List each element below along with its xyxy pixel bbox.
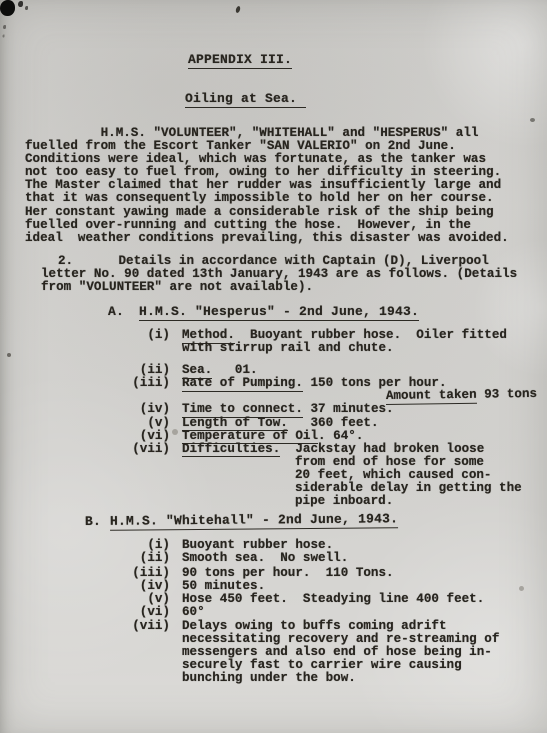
scanned-document-page: APPENDIX III. Oiling at Sea. H.M.S. "VOL… [0, 0, 547, 733]
amount-taken-label: Amount taken [386, 388, 477, 405]
item-number: (vi) [98, 606, 170, 619]
item-value-line: bunching under the bow. [182, 672, 499, 685]
item-label: Rate of Pumping. [182, 376, 303, 392]
item-value-line: pipe inboard. [295, 495, 522, 508]
item-value-line: from end of hose for some [295, 456, 522, 469]
item-value: Jackstay had broken loose [280, 442, 484, 456]
item-value: . 64°. [318, 429, 363, 443]
item-number: (ii) [98, 552, 170, 565]
item-row: (vi) 60° [98, 606, 499, 619]
section-a-letter: A. [108, 305, 124, 321]
item-content: Rate of Pumping. 150 tons per hour. Amou… [182, 377, 537, 403]
amount-taken-line: Amount taken 93 tons [386, 388, 537, 403]
item-row: (ii) Smooth sea. No swell. [98, 552, 499, 565]
item-content: Method. Buoyant rubber hose. Oiler fitte… [182, 329, 507, 355]
section-a-heading: A. H.M.S. "Hesperus" - 2nd June, 1943. [108, 305, 419, 321]
item-value-line: securely fast to carrier wire causing [182, 659, 499, 672]
item-value: Buoyant rubber hose. Oiler fitted [235, 328, 507, 342]
paragraph-line: Her constant yawing made a considerable … [25, 206, 537, 219]
item-value-line: Delays owing to buffs coming adrift [182, 620, 499, 633]
paragraph-line: from "VOLUNTEER" are not available). [41, 281, 541, 294]
item-value-line: messengers and also end of hose being in… [182, 646, 499, 659]
hole-punch-mark [0, 0, 15, 16]
item-content: Delays owing to buffs coming adrift nece… [182, 620, 499, 685]
item-number: (v) [98, 417, 170, 430]
paragraph-line: letter No. 90 dated 13th January, 1943 a… [41, 268, 541, 281]
item-row-delays: (vii) Delays owing to buffs coming adrif… [98, 620, 499, 685]
section-b-letter: B. [85, 515, 101, 531]
item-value: 01. [212, 363, 257, 377]
amount-taken-value: 93 tons [476, 387, 537, 402]
ink-speck [530, 118, 535, 122]
appendix-heading: APPENDIX III. [188, 50, 292, 69]
ink-speck [235, 6, 241, 14]
item-content: Hose 450 feet. Steadying line 400 feet. [182, 593, 484, 606]
item-content: 60° [182, 606, 205, 619]
subject-heading: Oiling at Sea. [185, 89, 306, 108]
item-row-difficulties: (vii) Difficulties. Jackstay had broken … [98, 443, 537, 508]
item-content: Smooth sea. No swell. [182, 552, 348, 565]
section-a-items: (i) Method. Buoyant rubber hose. Oiler f… [98, 329, 537, 508]
item-value: 37 minutes. [303, 402, 394, 416]
item-row-rate-of-pumping: (iii) Rate of Pumping. 150 tons per hour… [98, 377, 537, 403]
item-number: (vii) [98, 443, 170, 508]
item-number: (i) [98, 329, 170, 355]
item-value-line: necessitating recovery and re-streaming … [182, 633, 499, 646]
paragraph-1: H.M.S. "VOLUNTEER", "WHITEHALL" and "HES… [25, 127, 537, 245]
item-number: (iv) [98, 403, 170, 416]
paragraph-2: 2. Details in accordance with Captain (D… [41, 255, 541, 293]
item-number: (iii) [98, 377, 170, 403]
item-number: (vii) [98, 620, 170, 685]
item-value-line: with stirrup rail and chute. [182, 342, 507, 355]
item-label: Difficulties. [182, 442, 280, 458]
paragraph-line: fuelled over-running and cutting the hos… [25, 219, 537, 232]
section-b-title: H.M.S. "Whitehall" - 2nd June, 1943. [110, 512, 398, 530]
item-value: Smooth sea. No swell. [182, 552, 348, 565]
item-value: 60° [182, 606, 205, 619]
section-b-heading: B. H.M.S. "Whitehall" - 2nd June, 1943. [85, 512, 398, 530]
paragraph-line: 2. Details in accordance with Captain (D… [58, 255, 541, 268]
item-number: (vi) [98, 430, 170, 443]
item-row-method: (i) Method. Buoyant rubber hose. Oiler f… [98, 329, 537, 355]
item-value: Hose 450 feet. Steadying line 400 feet. [182, 593, 484, 606]
paragraph-line: that it was consequently impossible to h… [25, 192, 537, 205]
section-b-items: (i) Buoyant rubber hose. (ii) Smooth sea… [98, 539, 499, 685]
section-a-title: H.M.S. "Hesperus" - 2nd June, 1943. [139, 305, 419, 321]
ink-speck [519, 586, 524, 591]
paragraph-line: ideal weather conditions prevailing, thi… [25, 232, 537, 245]
item-value: 360 feet. [288, 416, 379, 430]
item-content: Difficulties. Jackstay had broken loose … [182, 443, 522, 508]
subject-heading-text: Oiling at Sea. [185, 92, 306, 108]
appendix-heading-text: APPENDIX III. [188, 53, 292, 69]
ink-speck [7, 353, 11, 357]
